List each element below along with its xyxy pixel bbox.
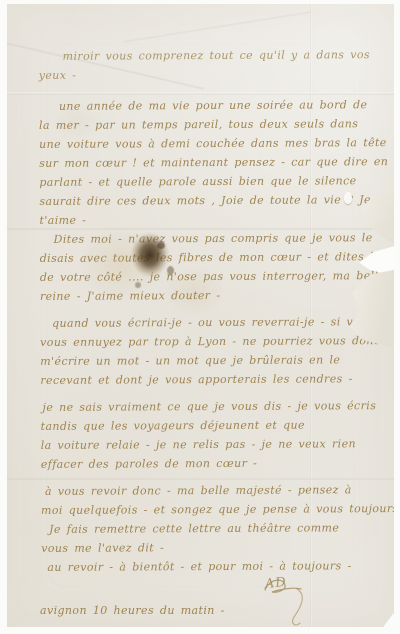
letter-line: une voiture vous à demi couchée dans mes… [39, 133, 391, 154]
paper-nick [344, 192, 352, 204]
ink-speck [157, 242, 165, 249]
signature: AD [259, 574, 369, 634]
ink-speck [135, 282, 141, 288]
letter-line: une année de ma vie pour une soirée au b… [39, 95, 391, 116]
letter-line: m'écrire un mot - un mot que je brûlerai… [40, 350, 392, 371]
letter-line: recevant et dont je vous apporterais les… [40, 369, 392, 390]
letter-line: vous me l'avez dit - [41, 537, 393, 558]
letter-line: la mer - par un temps pareil, tous deux … [39, 114, 391, 135]
signature-initials: AD [264, 575, 287, 592]
letter-line: vous ennuyez par trop à Lyon - ne pourri… [40, 331, 392, 352]
ink-speck [167, 266, 174, 275]
letter-line: miroir vous comprenez tout ce qu'il y a … [39, 45, 391, 66]
letter-paper: miroir vous comprenez tout ce qu'il y a … [7, 4, 394, 627]
letter-line: Je fais remettre cette lettre au théâtre… [41, 518, 393, 539]
letter-line: effacer des paroles de mon cœur - [41, 453, 393, 474]
letter-line: je ne sais vraiment ce que je vous dis -… [40, 396, 392, 417]
letter-line: la voiture relaie - je ne relis pas - je… [41, 434, 393, 455]
letter-line: de votre côté .... je n'ose pas vous int… [40, 266, 392, 287]
diagonal-crease [123, 11, 311, 43]
dateline: avignon 10 heures du matin - [40, 604, 225, 617]
photograph-background: miroir vous comprenez tout ce qu'il y a … [0, 0, 400, 634]
letter-line: disais avec toutes les fibres de mon cœu… [40, 247, 392, 268]
letter-line: parlant - et quelle parole aussi bien qu… [39, 171, 391, 192]
letter-line: quand vous écrirai-je - ou vous reverrai… [40, 312, 392, 333]
letter-line: saurait dire ces deux mots , Joie de tou… [39, 190, 391, 211]
letter-line: tandis que les voyageurs déjeunent et qu… [41, 415, 393, 436]
letter-line: yeux - [39, 64, 391, 85]
letter-line: moi quelquefois - et songez que je pense… [41, 499, 393, 520]
letter-line: sur mon cœur ! et maintenant pensez - ca… [39, 152, 391, 173]
letter-line: Dites moi - n'avez vous pas compris que … [40, 228, 392, 249]
letter-body: miroir vous comprenez tout ce qu'il y a … [39, 45, 394, 577]
letter-line: reine - J'aime mieux douter - [40, 285, 392, 306]
letter-line: à vous revoir donc - ma belle majesté - … [41, 480, 393, 501]
letter-line: t'aime - [39, 209, 391, 230]
